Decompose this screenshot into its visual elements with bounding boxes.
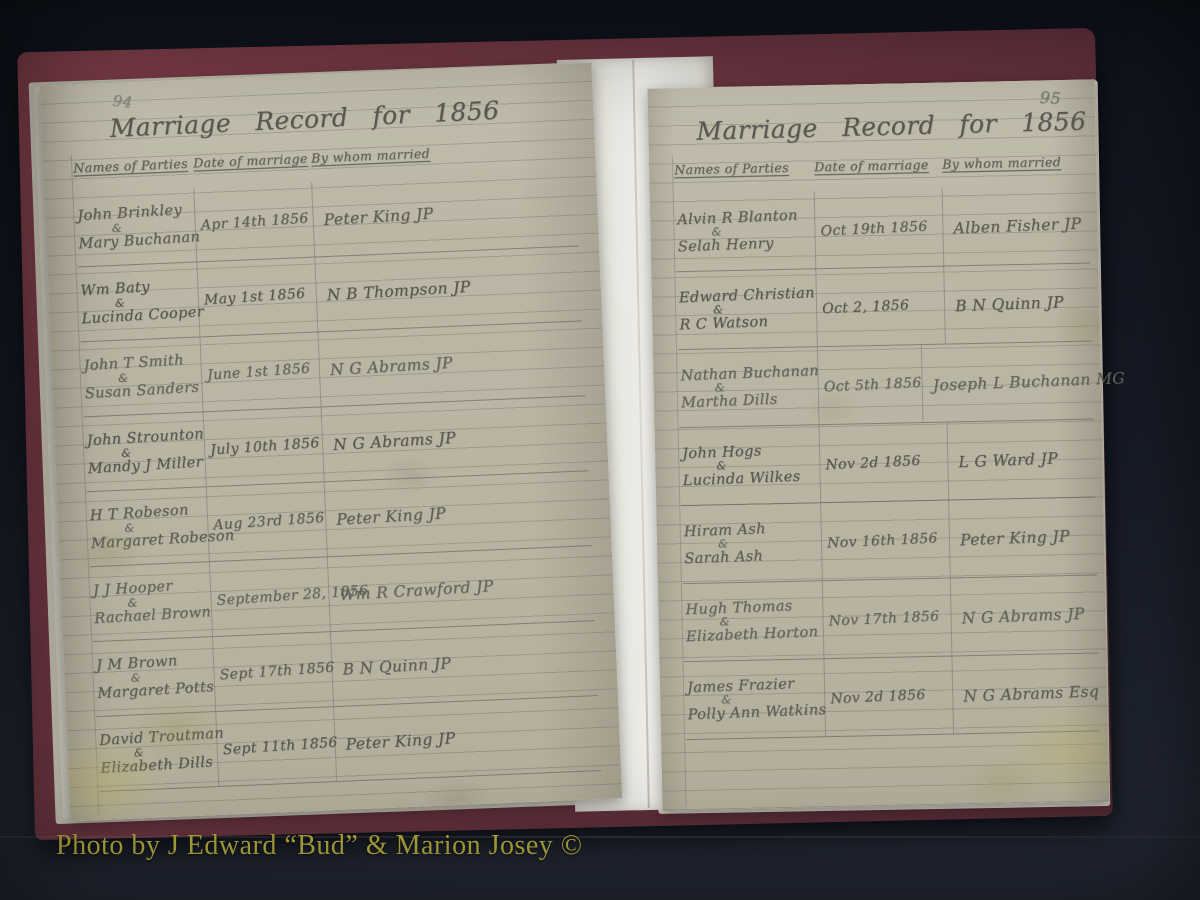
party-name: Susan Sanders [84, 379, 200, 402]
party-name: Mary Buchanan [78, 229, 194, 252]
party-name: Margaret Robeson [91, 529, 207, 552]
officiant-name: N B Thompson JP [326, 278, 471, 305]
table-row: Hugh Thomas & Elizabeth Horton Nov 17th … [683, 575, 1099, 662]
party-name: Polly Ann Watkins [687, 702, 823, 723]
table-row: John Hogs & Lucinda Wilkes Nov 2d 1856 L… [680, 419, 1096, 506]
marriage-date: Aug 23rd 1856 [213, 510, 325, 534]
marriage-date: Oct 2, 1856 [822, 297, 910, 317]
names-cell: David Troutman & Elizabeth Dills [96, 712, 219, 791]
party-name: Martha Dills [681, 390, 817, 411]
names-cell: John Hogs & Lucinda Wilkes [680, 425, 822, 505]
page-title: Marriage Record for 1856 [109, 96, 500, 143]
officiant-name: Joseph L Buchanan MG [932, 369, 1125, 394]
date-cell: July 10th 1856 [204, 407, 325, 486]
married-by-cell: B N Quinn JP [944, 264, 1092, 344]
date-cell: Aug 23rd 1856 [207, 482, 328, 561]
header-names-of-parties: Names of Parties [73, 156, 194, 176]
officiant-name: B N Quinn JP [342, 654, 452, 678]
officiant-name: N G Abrams JP [961, 604, 1085, 627]
header-date-of-marriage: Date of marriage [814, 157, 942, 175]
header-by-whom-married: By whom married [942, 154, 1061, 171]
table-row: Nathan Buchanan & Martha Dills Oct 5th 1… [678, 342, 1094, 429]
officiant-name: N G Abrams Esq [963, 682, 1100, 705]
header-date-of-marriage: Date of marriage [193, 151, 312, 171]
names-cell: Wm Baty & Lucinda Cooper [77, 262, 200, 341]
table-row: James Frazier & Polly Ann Watkins Nov 2d… [685, 653, 1101, 740]
officiant-name: N G Abrams JP [333, 429, 457, 454]
marriage-date: Nov 17th 1856 [828, 608, 939, 629]
photo-credit: Photo by J Edward “Bud” & Marion Josey © [56, 830, 583, 862]
header-names-of-parties: Names of Parties [674, 159, 814, 177]
date-cell: Nov 2d 1856 [824, 656, 954, 736]
married-by-cell: Joseph L Buchanan MG [922, 341, 1126, 422]
married-by-cell: N G Abrams JP [951, 575, 1099, 655]
date-cell: Oct 5th 1856 [818, 345, 923, 424]
date-cell: Sept 11th 1856 [216, 707, 337, 786]
married-by-cell: Peter King JP [312, 172, 579, 257]
officiant-name: Peter King JP [345, 729, 456, 753]
married-by-cell: Peter King JP [949, 497, 1097, 577]
page-title: Marriage Record for 1856 [696, 107, 1087, 146]
party-name: Mandy J Miller [87, 454, 203, 477]
marriage-date: Sept 11th 1856 [222, 734, 338, 758]
table-row: Alvin R Blanton & Selah Henry Oct 19th 1… [675, 186, 1091, 273]
married-by-cell: N G Abrams JP [318, 321, 585, 406]
married-by-cell: Peter King JP [334, 696, 601, 781]
names-cell: James Frazier & Polly Ann Watkins [685, 659, 827, 739]
table-row: Edward Christian & R C Watson Oct 2, 185… [676, 264, 1092, 351]
party-name: Selah Henry [678, 234, 814, 255]
date-cell: June 1st 1856 [201, 332, 322, 411]
names-cell: Hugh Thomas & Elizabeth Horton [683, 581, 825, 661]
left-page: 94 Marriage Record for 1856 Names of Par… [40, 63, 622, 821]
marriage-date: July 10th 1856 [210, 435, 320, 458]
party-name: Lucinda Wilkes [682, 468, 818, 489]
names-cell: Edward Christian & R C Watson [676, 269, 818, 349]
date-cell: Nov 2d 1856 [820, 423, 950, 503]
officiant-name: N G Abrams JP [329, 354, 453, 379]
marriage-date: Nov 16th 1856 [827, 530, 938, 551]
date-cell: Nov 17th 1856 [823, 579, 953, 659]
names-cell: Alvin R Blanton & Selah Henry [675, 191, 817, 271]
marriage-date: Oct 19th 1856 [820, 218, 928, 239]
names-cell: John Strounton & Mandy J Miller [84, 412, 207, 491]
marriage-date: Nov 2d 1856 [825, 452, 921, 472]
names-cell: John T Smith & Susan Sanders [81, 337, 204, 416]
married-by-cell: Wm R Crawford JP [328, 546, 595, 631]
officiant-name: Peter King JP [336, 504, 447, 528]
header-by-whom-married: By whom married [311, 146, 431, 166]
officiant-name: B N Quinn JP [955, 293, 1064, 315]
party-name: Margaret Potts [97, 679, 213, 702]
marriage-date: Nov 2d 1856 [830, 686, 926, 706]
officiant-name: Alben Fisher JP [953, 214, 1082, 237]
names-cell: H T Robeson & Margaret Robeson [87, 487, 210, 566]
ledger-table: John Brinkley & Mary Buchanan Apr 14th 1… [74, 172, 601, 792]
party-name: Rachael Brown [94, 604, 210, 627]
married-by-cell: B N Quinn JP [331, 621, 598, 706]
married-by-cell: L G Ward JP [948, 419, 1096, 499]
right-page: 95 Marriage Record for 1856 Names of Par… [647, 79, 1109, 810]
column-headers: Names of Parties Date of marriage By who… [674, 154, 1084, 178]
marriage-date: May 1st 1856 [203, 286, 305, 309]
date-cell: Oct 19th 1856 [815, 189, 945, 269]
names-cell: John Brinkley & Mary Buchanan [74, 188, 197, 267]
officiant-name: Wm R Crawford JP [339, 577, 494, 604]
party-name: Lucinda Cooper [81, 304, 197, 327]
officiant-name: L G Ward JP [958, 449, 1058, 471]
officiant-name: Peter King JP [323, 205, 434, 229]
names-cell: J M Brown & Margaret Potts [93, 637, 216, 716]
party-name: Elizabeth Horton [686, 624, 822, 645]
marriage-date: June 1st 1856 [207, 360, 311, 383]
marriage-date: Apr 14th 1856 [200, 210, 309, 233]
date-cell: Nov 16th 1856 [821, 501, 951, 581]
ledger-table: Alvin R Blanton & Selah Henry Oct 19th 1… [675, 186, 1100, 741]
marriage-date: Sept 17th 1856 [219, 660, 335, 684]
names-cell: Nathan Buchanan & Martha Dills [678, 347, 820, 427]
party-name: Elizabeth Dills [100, 754, 216, 777]
marriage-date: Oct 5th 1856 [823, 374, 921, 395]
married-by-cell: Peter King JP [325, 471, 592, 556]
party-name: R C Watson [679, 312, 815, 333]
married-by-cell: N G Abrams Esq [952, 653, 1100, 733]
officiant-name: Peter King JP [960, 527, 1070, 549]
married-by-cell: N G Abrams JP [322, 396, 589, 481]
date-cell: Apr 14th 1856 [194, 183, 315, 262]
photo-background: 94 Marriage Record for 1856 Names of Par… [0, 0, 1200, 900]
party-name: Sarah Ash [684, 546, 820, 567]
names-cell: J J Hooper & Rachael Brown [90, 562, 213, 641]
married-by-cell: N B Thompson JP [315, 246, 582, 331]
date-cell: September 28, 1856 [210, 557, 331, 636]
date-cell: Oct 2, 1856 [816, 267, 946, 347]
married-by-cell: Alben Fisher JP [943, 186, 1091, 266]
date-cell: May 1st 1856 [197, 257, 318, 336]
names-cell: Hiram Ash & Sarah Ash [681, 503, 823, 583]
page-number: 95 [1039, 88, 1061, 108]
date-cell: Sept 17th 1856 [213, 632, 334, 711]
column-headers: Names of Parties Date of marriage By who… [73, 140, 573, 176]
page-mark: 94 [112, 92, 134, 112]
table-row: Hiram Ash & Sarah Ash Nov 16th 1856 Pete… [681, 497, 1097, 584]
